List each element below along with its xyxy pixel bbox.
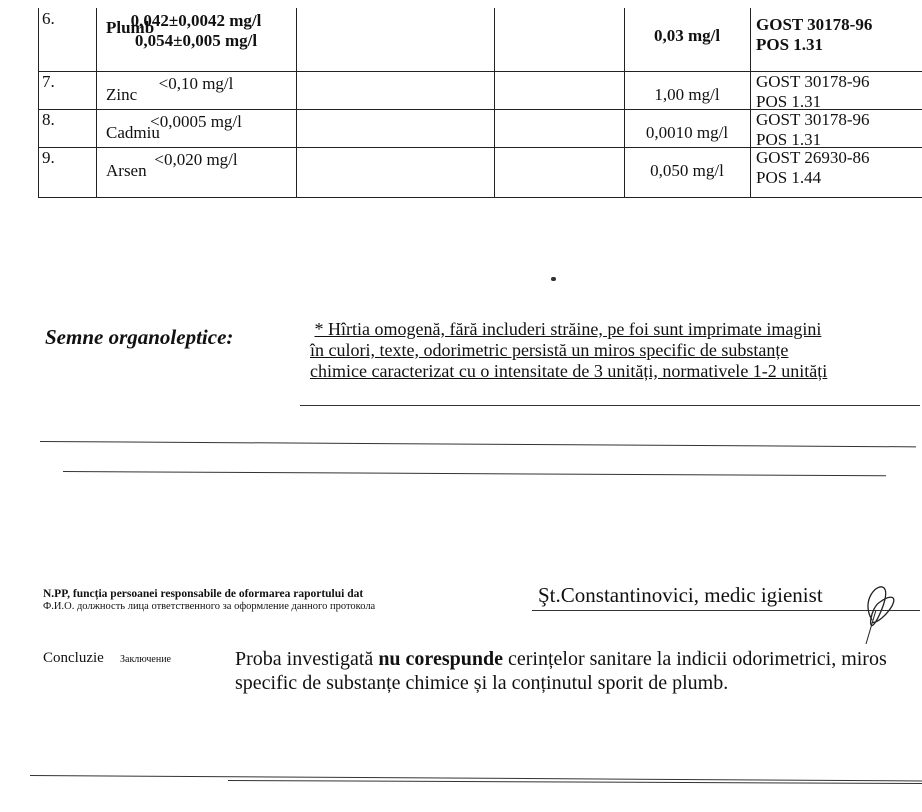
blank-rule-2 [63,471,886,476]
conclusion-label-ru: Заключение [120,654,171,665]
signer-name: Şt.Constantinovici, medic igienist [538,583,823,608]
conclusion-label-ro: Concluzie [43,650,104,667]
method-value: GOST 30178-96POS 1.31 [756,110,870,150]
organoleptic-description: * Hîrtia omogenă, fără includeri străine… [310,319,922,382]
table-column-border [38,8,39,197]
table-column-border [494,8,495,197]
norm-value: 0,0010 mg/l [624,123,750,143]
signature-icon [858,580,918,650]
organoleptic-line-2: în culori, texte, odorimetric persistă u… [310,340,922,361]
responsible-label-ru: Ф.И.О. должность лица ответственного за … [43,601,375,612]
conclusion-text-start: Proba investigată [235,648,378,670]
method-value: GOST 30178-96POS 1.31 [756,72,870,112]
conclusion-text: Proba investigată nu corespunde cerințel… [235,647,915,695]
result-value: <0,020 mg/l [96,150,296,170]
norm-value: 0,03 mg/l [624,26,750,46]
responsible-label-ro: N.PP, funcția persoanei responsabile de … [43,588,363,600]
organoleptic-text-1: * Hîrtia omogenă, fără includeri străine… [315,319,822,339]
organoleptic-text-3: chimice caracterizat cu o intensitate de… [310,361,827,381]
norm-value: 0,050 mg/l [624,161,750,181]
organoleptic-line-3: chimice caracterizat cu o intensitate de… [310,361,922,382]
results-table: 6.Plumb0,042±0,0042 mg/l0,054±0,005 mg/l… [38,8,922,197]
scan-speck [551,277,556,281]
row-number: 8. [42,110,55,130]
norm-value: 1,00 mg/l [624,85,750,105]
table-column-border [296,8,297,197]
method-value: GOST 26930-86POS 1.44 [756,148,870,188]
blank-rule-1 [40,441,916,447]
row-number: 7. [42,72,55,92]
conclusion-verdict: nu corespunde [378,648,503,670]
organoleptic-text-2: în culori, texte, odorimetric persistă u… [310,340,788,360]
result-value: 0,042±0,0042 mg/l0,054±0,005 mg/l [96,11,296,51]
result-value: <0,10 mg/l [96,74,296,94]
underline-rule [300,405,920,406]
table-column-border [750,8,751,197]
method-value: GOST 30178-96POS 1.31 [756,15,872,55]
table-row-border [38,197,922,198]
row-number: 6. [42,9,55,29]
result-value: <0,0005 mg/l [96,112,296,132]
organoleptic-label: Semne organoleptice: [45,325,233,350]
row-number: 9. [42,148,55,168]
organoleptic-line-1: * Hîrtia omogenă, fără includeri străine… [310,319,922,340]
